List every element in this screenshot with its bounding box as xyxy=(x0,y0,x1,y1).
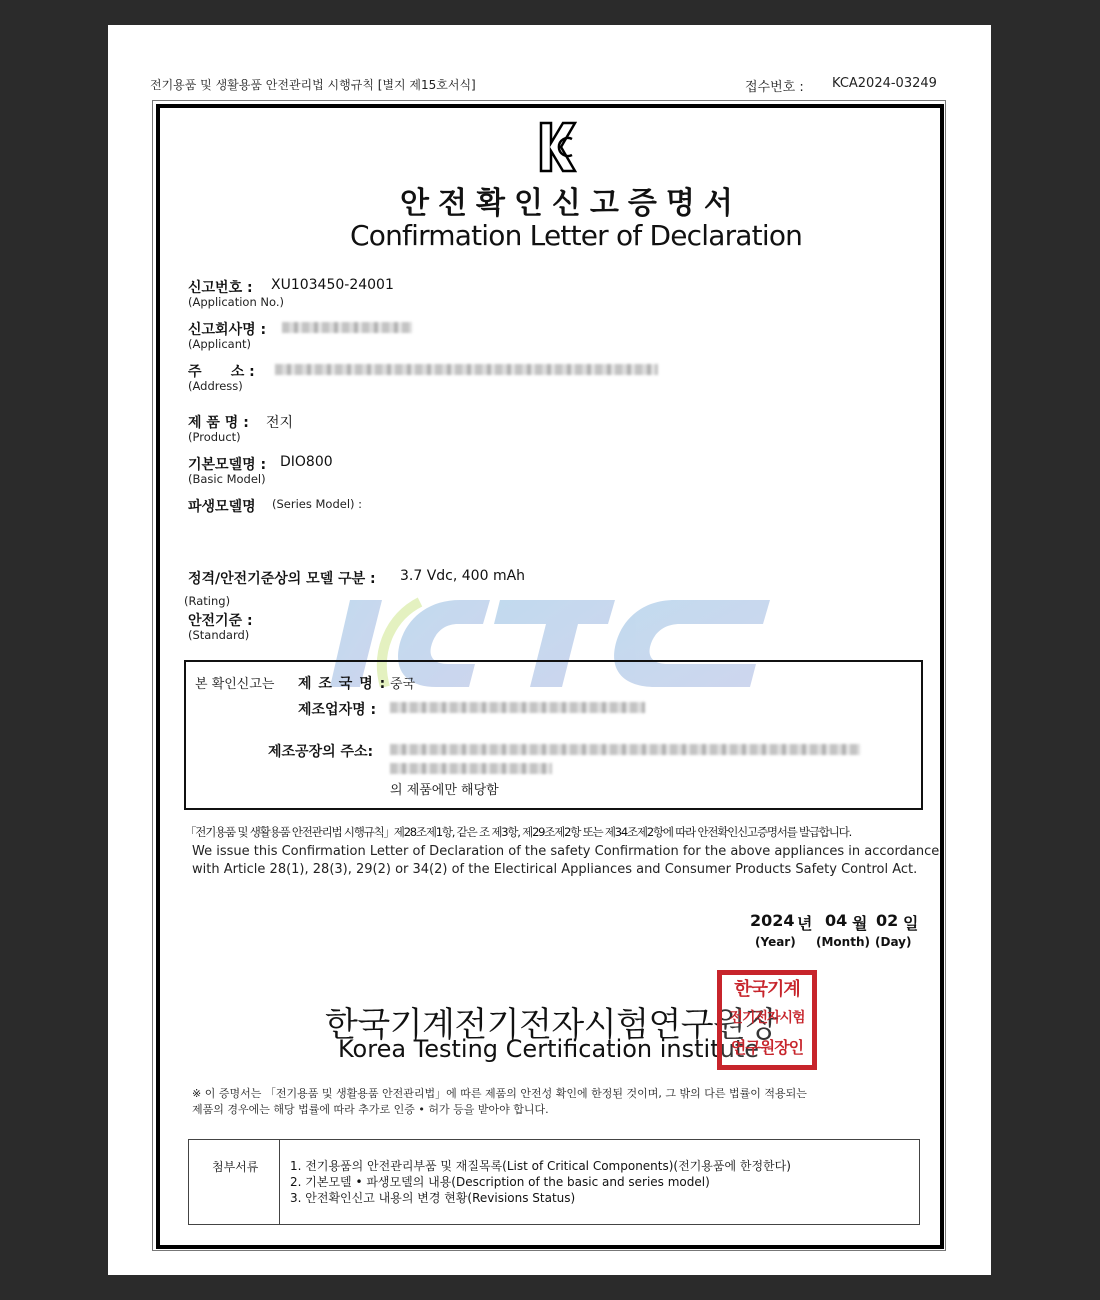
country-value: 중국 xyxy=(390,673,415,692)
application-no-label: 신고번호 : xyxy=(188,277,253,297)
date-year-unit: 년 xyxy=(797,911,812,934)
date-year: 2024 xyxy=(750,911,795,930)
kc-mark-icon xyxy=(539,121,577,173)
applicant-value-redacted xyxy=(282,322,412,333)
date-day: 02 xyxy=(876,911,898,930)
rating-value: 3.7 Vdc, 400 mAh xyxy=(400,568,525,584)
receipt-label: 접수번호 : xyxy=(745,76,804,95)
series-model-sub: (Series Model) : xyxy=(272,497,362,511)
applicant-label: 신고회사명 : xyxy=(188,319,266,339)
receipt-number: KCA2024-03249 xyxy=(832,76,937,91)
seal-line-3: 연구원장인 xyxy=(722,1033,812,1062)
product-sub: (Product) xyxy=(188,430,241,444)
rating-sub: (Rating) xyxy=(184,594,230,608)
manufacture-intro: 본 확인신고는 xyxy=(195,673,274,692)
application-no-sub: (Application No.) xyxy=(188,295,284,309)
address-value-redacted xyxy=(275,364,658,375)
attachments-list: 1. 전기용품의 안전관리부품 및 재질목록(List of Critical … xyxy=(290,1158,791,1206)
address-label: 주 소 : xyxy=(188,361,255,381)
statement-english-line2: with Article 28(1), 28(3), 29(2) or 34(2… xyxy=(192,862,917,877)
standard-label: 안전기준 : xyxy=(188,610,253,630)
manufacturer-box xyxy=(184,660,923,810)
basic-model-label: 기본모델명 : xyxy=(188,454,266,474)
date-month-unit: 월 xyxy=(852,911,867,934)
date-year-label: (Year) xyxy=(755,935,796,949)
manufacture-suffix: 의 제품에만 해당함 xyxy=(390,779,499,798)
applicant-sub: (Applicant) xyxy=(188,337,251,351)
title-korean: 안전확인신고증명서 xyxy=(400,178,742,222)
factory-address-redacted-line1 xyxy=(390,744,860,755)
seal-line-1: 한국기계 xyxy=(722,975,812,1004)
attachments-table: 첨부서류 1. 전기용품의 안전관리부품 및 재질목록(List of Crit… xyxy=(188,1139,920,1225)
attachment-item: 1. 전기용품의 안전관리부품 및 재질목록(List of Critical … xyxy=(290,1158,791,1174)
basic-model-sub: (Basic Model) xyxy=(188,472,266,486)
basic-model-value: DIO800 xyxy=(280,454,333,470)
product-label: 제 품 명 : xyxy=(188,412,249,432)
title-english: Confirmation Letter of Declaration xyxy=(350,219,802,252)
date-day-unit: 일 xyxy=(903,911,918,934)
application-no-value: XU103450-24001 xyxy=(271,277,394,293)
product-value: 전지 xyxy=(266,412,293,432)
factory-address-label: 제조공장의 주소: xyxy=(268,741,373,761)
attachment-item: 2. 기본모델 • 파생모델의 내용(Description of the ba… xyxy=(290,1174,791,1190)
standard-sub: (Standard) xyxy=(188,628,249,642)
date-month-label: (Month) xyxy=(816,935,870,949)
series-model-label: 파생모델명 xyxy=(188,496,256,516)
form-reference: 전기용품 및 생활용품 안전관리법 시행규칙 [별지 제15호서식] xyxy=(150,76,476,93)
date-day-label: (Day) xyxy=(875,935,911,949)
statement-english-line1: We issue this Confirmation Letter of Dec… xyxy=(192,844,939,859)
seal-line-2: 전기전자시험 xyxy=(722,1004,812,1033)
attachments-label-cell: 첨부서류 xyxy=(189,1140,280,1224)
maker-label: 제조업자명 : xyxy=(298,699,376,719)
rating-label: 정격/안전기준상의 모델 구분 : xyxy=(188,568,376,588)
issuer-english: Korea Testing Certification institute xyxy=(338,1035,759,1063)
date-month: 04 xyxy=(825,911,847,930)
factory-address-redacted-line2 xyxy=(390,763,552,774)
maker-value-redacted xyxy=(390,702,645,713)
address-sub: (Address) xyxy=(188,379,243,393)
official-seal-stamp: 한국기계 전기전자시험 연구원장인 xyxy=(717,970,817,1070)
statement-korean: 「전기용품 및 생활용품 안전관리법 시행규칙」제28조제1항, 같은 조 제3… xyxy=(185,824,851,840)
notice-line2: 제품의 경우에는 해당 법률에 따라 추가로 인증 • 허가 등을 받아야 합니… xyxy=(192,1101,549,1117)
country-label: 제 조 국 명 : xyxy=(298,673,386,693)
attachment-item: 3. 안전확인신고 내용의 변경 현황(Revisions Status) xyxy=(290,1190,791,1206)
attachments-label: 첨부서류 xyxy=(212,1158,258,1175)
notice-line1: ※ 이 증명서는 「전기용품 및 생활용품 안전관리법」에 따른 제품의 안전성… xyxy=(192,1085,807,1101)
